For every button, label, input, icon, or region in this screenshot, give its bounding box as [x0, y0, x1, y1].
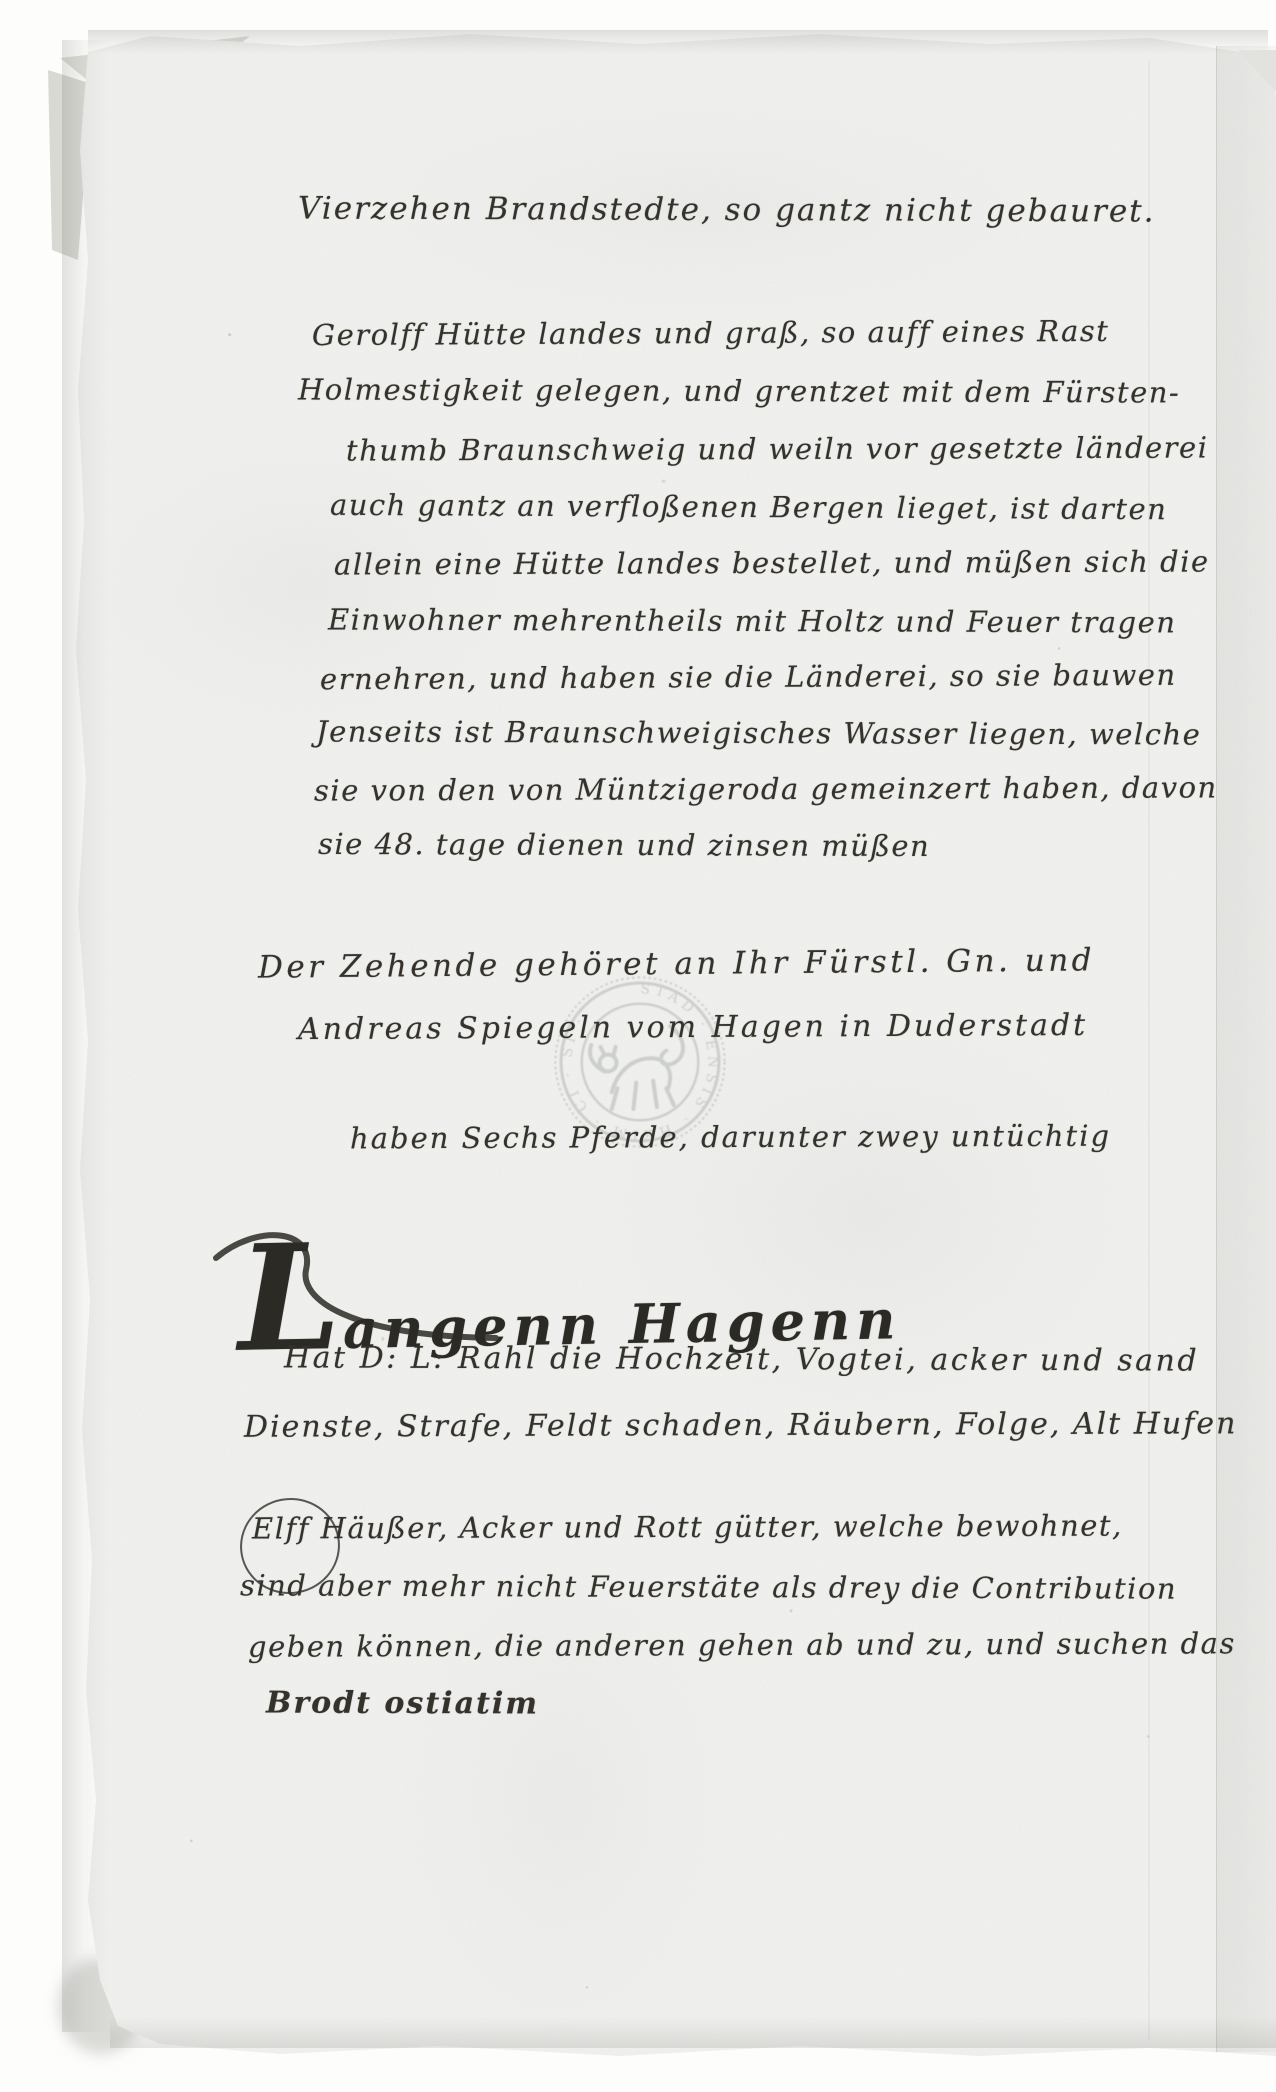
body-line: allein eine Hütte landes bestellet, und …	[334, 544, 1210, 581]
horses-line: haben Sechs Pferde, darunter zwey untüch…	[350, 1119, 1111, 1156]
manuscript-scan: STAD · ENSIS · HEIM · CI · SI · Vierzehe…	[0, 0, 1276, 2092]
body-line: Gerolff Hütte landes und graß, so auff e…	[312, 314, 1110, 352]
section-line: Hat D: L: Rahl die Hochzeit, Vogtei, ack…	[284, 1340, 1199, 1378]
body-line: ernehren, und haben sie die Länderei, so…	[320, 658, 1177, 696]
tithe-line: Andreas Spiegeln vom Hagen in Duderstadt	[298, 1008, 1088, 1047]
body-line: Einwohner mehrentheils mit Holtz und Feu…	[328, 603, 1177, 640]
body-line: thumb Braunschweig und weiln vor gesetzt…	[346, 430, 1209, 467]
section-line: Dienste, Strafe, Feldt schaden, Räubern,…	[244, 1406, 1238, 1444]
body-line: Holmestigkeit gelegen, und grentzet mit …	[298, 372, 1180, 409]
body-line: geben können, die anderen gehen ab und z…	[248, 1626, 1236, 1663]
body-line: sie von den von Müntzigeroda gemeinzert …	[314, 770, 1218, 807]
body-line: Brodt ostiatim	[266, 1686, 539, 1722]
tithe-line: Der Zehende gehöret an Ihr Fürstl. Gn. u…	[258, 942, 1095, 985]
body-line: sie 48. tage dienen und zinsen müßen	[318, 827, 930, 863]
body-line: auch gantz an verfloßenen Bergen lieget,…	[330, 488, 1168, 526]
title-line: Vierzehen Brandstedte, so gantz nicht ge…	[298, 191, 1156, 230]
body-line: Elff Häußer, Acker und Rott gütter, welc…	[252, 1508, 1123, 1545]
body-line: sind aber mehr nicht Feuerstäte als drey…	[240, 1568, 1177, 1605]
body-line: Jenseits ist Braunschweigisches Wasser l…	[316, 714, 1201, 751]
